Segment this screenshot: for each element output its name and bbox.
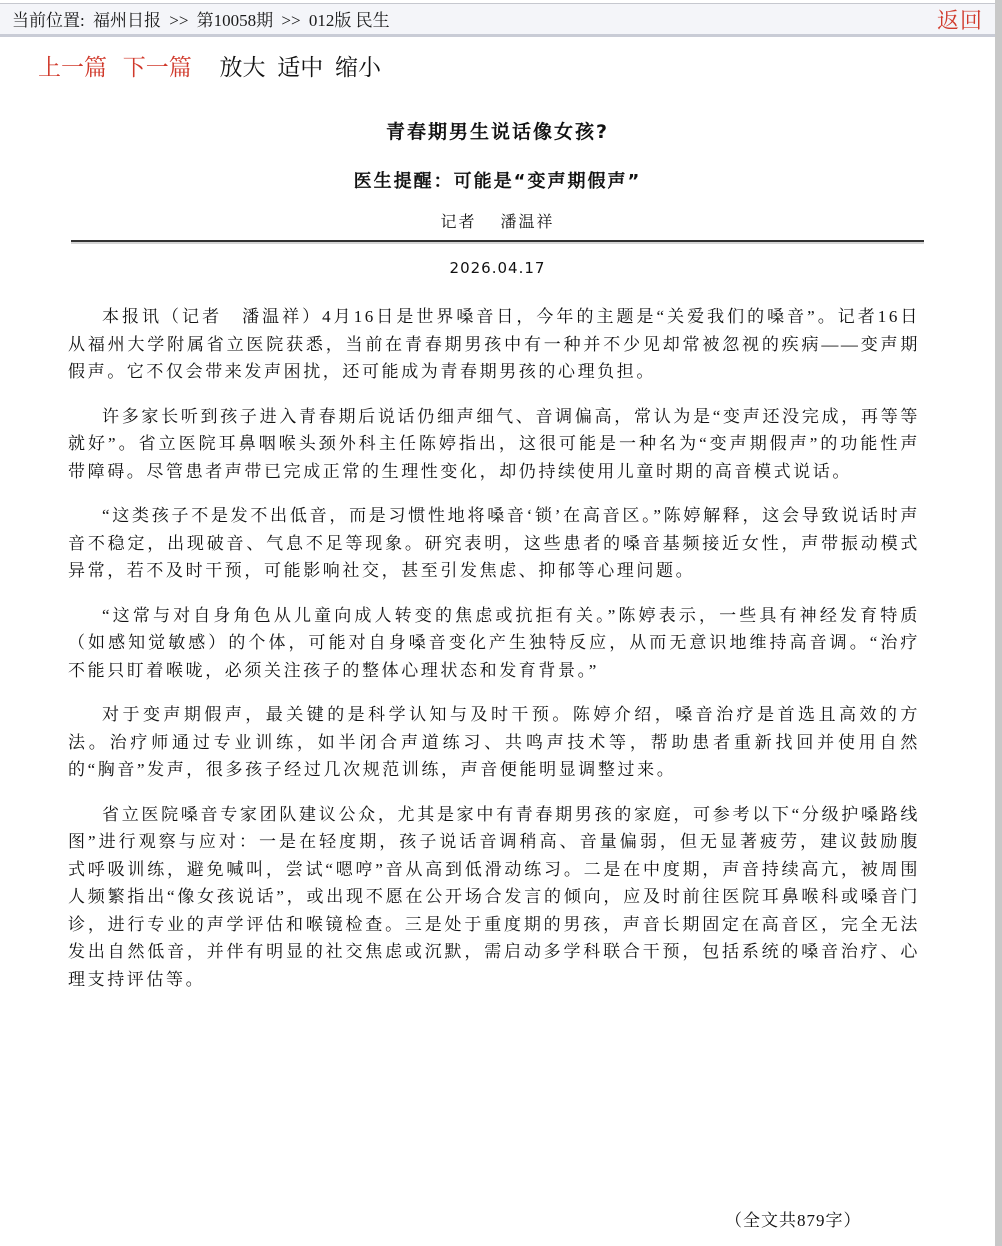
zoom-reset-button[interactable]: 适中 xyxy=(277,55,323,80)
breadcrumb-issue[interactable]: 第10058期 xyxy=(197,11,274,30)
article-date: 2026.04.17 xyxy=(0,259,995,277)
article-toolbar: 上一篇 下一篇 放大 适中 缩小 xyxy=(38,54,387,82)
article-paragraph: 对于变声期假声，最关键的是科学认知与及时干预。陈婷介绍，嗓音治疗是首选且高效的方… xyxy=(68,701,920,784)
article-paragraph: 本报讯（记者 潘温祥）4月16日是世界嗓音日，今年的主题是“关爱我们的嗓音”。记… xyxy=(68,303,920,386)
article-page: 当前位置: 福州日报 >> 第10058期 >> 012版 民生 返回 上一篇 … xyxy=(0,0,995,1246)
word-count: （全文共879字） xyxy=(725,1206,862,1231)
breadcrumb-separator: >> xyxy=(281,11,300,30)
article-title: 青春期男生说话像女孩? xyxy=(0,117,995,144)
zoom-in-button[interactable]: 放大 xyxy=(220,55,266,80)
article-subtitle: 医生提醒：可能是“变声期假声” xyxy=(0,167,995,193)
breadcrumb-newspaper[interactable]: 福州日报 xyxy=(93,11,161,30)
header-divider xyxy=(71,240,924,244)
next-article-link[interactable]: 下一篇 xyxy=(123,55,192,80)
breadcrumb-separator: >> xyxy=(169,11,188,30)
byline-name: 潘温祥 xyxy=(501,212,555,231)
article-byline: 记者潘温祥 xyxy=(0,209,995,232)
location-label: 当前位置: xyxy=(12,11,85,30)
back-link[interactable]: 返回 xyxy=(937,8,983,34)
article-paragraph: 许多家长听到孩子进入青春期后说话仍细声细气、音调偏高，常认为是“变声还没完成，再… xyxy=(68,403,920,486)
article-paragraph: “这常与对自身角色从儿童向成人转变的焦虑或抗拒有关。”陈婷表示，一些具有神经发育… xyxy=(68,602,920,685)
location-bar: 当前位置: 福州日报 >> 第10058期 >> 012版 民生 返回 xyxy=(0,3,995,37)
article-body: 本报讯（记者 潘温祥）4月16日是世界嗓音日，今年的主题是“关爱我们的嗓音”。记… xyxy=(68,303,920,1010)
breadcrumb: 当前位置: 福州日报 >> 第10058期 >> 012版 民生 xyxy=(12,11,394,31)
zoom-out-button[interactable]: 缩小 xyxy=(335,55,381,80)
vertical-scrollbar[interactable] xyxy=(995,0,1002,1246)
previous-article-link[interactable]: 上一篇 xyxy=(38,55,107,80)
article-paragraph: 省立医院嗓音专家团队建议公众，尤其是家中有青春期男孩的家庭，可参考以下“分级护嗓… xyxy=(68,801,920,994)
article-paragraph: “这类孩子不是发不出低音，而是习惯性地将嗓音‘锁’在高音区。”陈婷解释，这会导致… xyxy=(68,502,920,585)
breadcrumb-section[interactable]: 012版 民生 xyxy=(309,11,390,30)
byline-role: 记者 xyxy=(440,212,476,231)
